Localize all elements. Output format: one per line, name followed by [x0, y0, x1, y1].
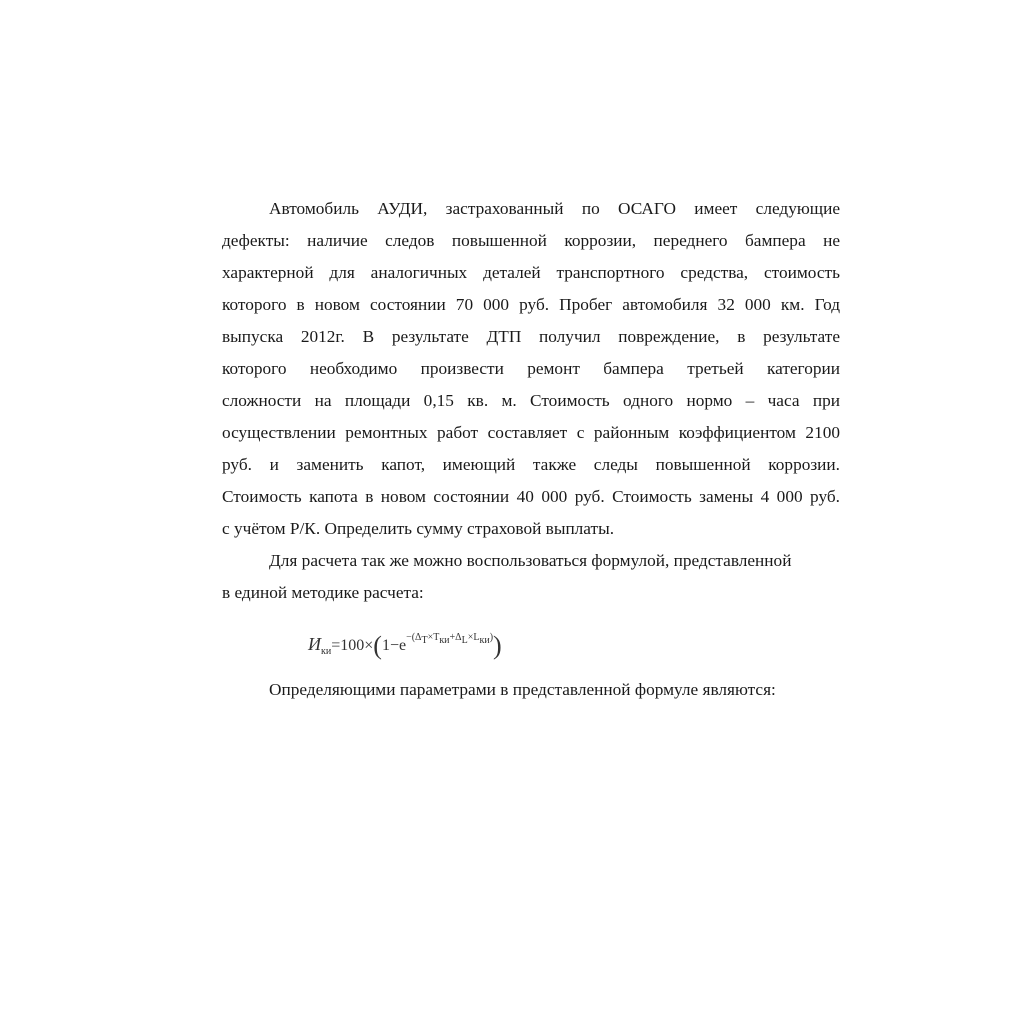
text-line: Автомобиль АУДИ, застрахованный по ОСАГО…: [222, 193, 840, 225]
text-line: выпуска 2012г. В результате ДТП получил …: [222, 321, 840, 353]
text-line: Стоимость капота в новом состоянии 40 00…: [222, 481, 840, 513]
text-line: сложности на площади 0,15 кв. м. Стоимос…: [222, 385, 840, 417]
text-line: которого необходимо произвести ремонт ба…: [222, 353, 840, 385]
method-paragraph: Для расчета так же можно воспользоваться…: [222, 545, 840, 609]
clipped-paragraph: Определяющими параметрами в представленн…: [222, 677, 840, 699]
text-line: руб. и заменить капот, имеющий также сле…: [222, 449, 840, 481]
document-page: Автомобиль АУДИ, застрахованный по ОСАГО…: [222, 193, 840, 699]
text-line: дефекты: наличие следов повышенной корро…: [222, 225, 840, 257]
text-line: осуществлении ремонтных работ составляет…: [222, 417, 840, 449]
text-line: Определяющими параметрами в представленн…: [222, 677, 840, 699]
text-line: которого в новом состоянии 70 000 руб. П…: [222, 289, 840, 321]
text-line: Для расчета так же можно воспользоваться…: [222, 545, 840, 577]
problem-paragraph: Автомобиль АУДИ, застрахованный по ОСАГО…: [222, 193, 840, 545]
text-line: в единой методике расчета:: [222, 577, 840, 609]
wear-formula: Ики=100×(1−e−(ΔT×Tки+ΔL×Lки)): [222, 609, 840, 673]
formula-exponent: −(ΔT×Tки+ΔL×Lки): [406, 632, 493, 643]
formula-expression: Ики=100×(1−e−(ΔT×Tки+ΔL×Lки)): [308, 631, 502, 661]
text-line: с учётом Р/К. Определить сумму страховой…: [222, 513, 840, 545]
text-line: характерной для аналогичных деталей тран…: [222, 257, 840, 289]
